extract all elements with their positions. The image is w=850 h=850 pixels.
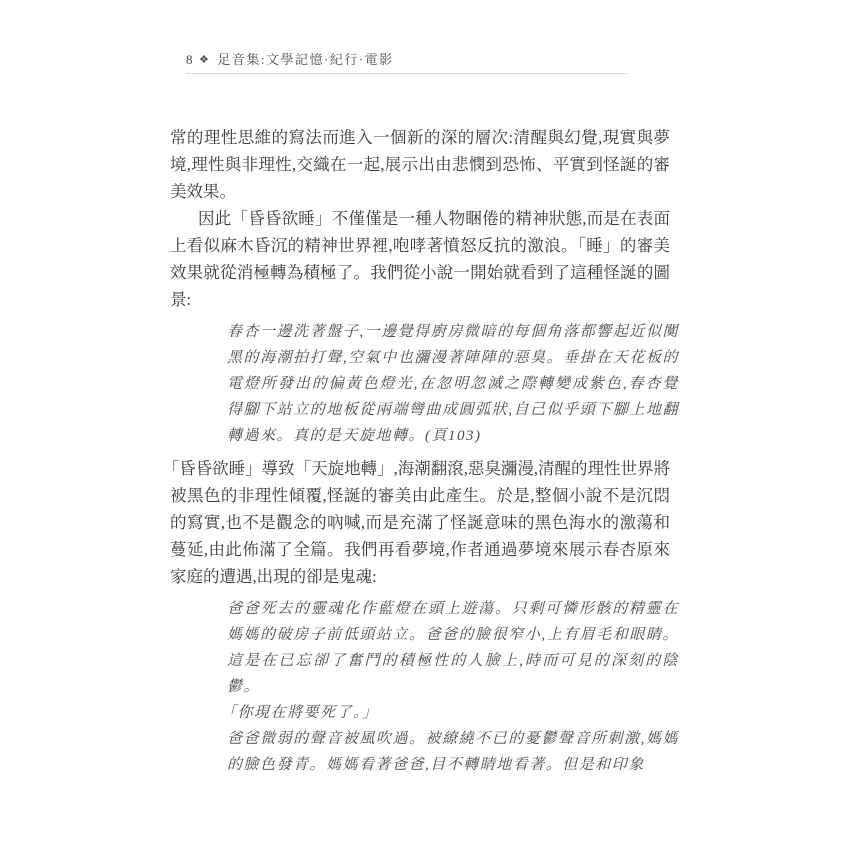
quote-paragraph: 爸爸微弱的聲音被風吹過。被繚繞不已的憂鬱聲音所刺激,媽媽的臉色發青。媽媽看著爸爸… <box>227 726 679 778</box>
quote-dialogue: 「你現在將要死了。」 <box>227 700 679 726</box>
running-title: 足音集:文學記憶·紀行·電影 <box>217 52 393 67</box>
diamond-ornament-icon: ❖ <box>199 54 210 66</box>
quote-paragraph: 春杏一邊洗著盤子,一邊覺得廚房微暗的每個角落都響起近似闃黑的海潮拍打聲,空氣中也… <box>227 319 679 449</box>
page-header: 8❖足音集:文學記憶·紀行·電影 <box>186 49 627 74</box>
paragraph: 因此「昏昏欲睡」不僅僅是一種人物睏倦的精神狀態,而是在表面上看似麻木昏沉的精神世… <box>170 205 670 313</box>
block-quote: 爸爸死去的靈魂化作藍燈在頭上遊蕩。只剩可憐形骸的精靈在媽媽的破房子前低頭站立。爸… <box>227 596 679 778</box>
block-quote: 春杏一邊洗著盤子,一邊覺得廚房微暗的每個角落都響起近似闃黑的海潮拍打聲,空氣中也… <box>227 319 679 449</box>
running-head-line: 8❖足音集:文學記憶·紀行·電影 <box>186 49 627 68</box>
paragraph: 「昏昏欲睡」導致「天旋地轉」,海潮翻滾,惡臭瀰漫,清醒的理性世界將被黑色的非理性… <box>170 455 670 590</box>
book-page: 8❖足音集:文學記憶·紀行·電影 常的理性思維的寫法而進入一個新的深的層次:清醒… <box>0 0 850 850</box>
paragraph-continuation: 常的理性思維的寫法而進入一個新的深的層次:清醒與幻覺,現實與夢境,理性與非理性,… <box>170 124 670 205</box>
page-body: 常的理性思維的寫法而進入一個新的深的層次:清醒與幻覺,現實與夢境,理性與非理性,… <box>170 124 670 784</box>
page-number: 8 <box>186 52 194 67</box>
quote-paragraph: 爸爸死去的靈魂化作藍燈在頭上遊蕩。只剩可憐形骸的精靈在媽媽的破房子前低頭站立。爸… <box>227 596 679 700</box>
header-rule <box>186 73 627 74</box>
